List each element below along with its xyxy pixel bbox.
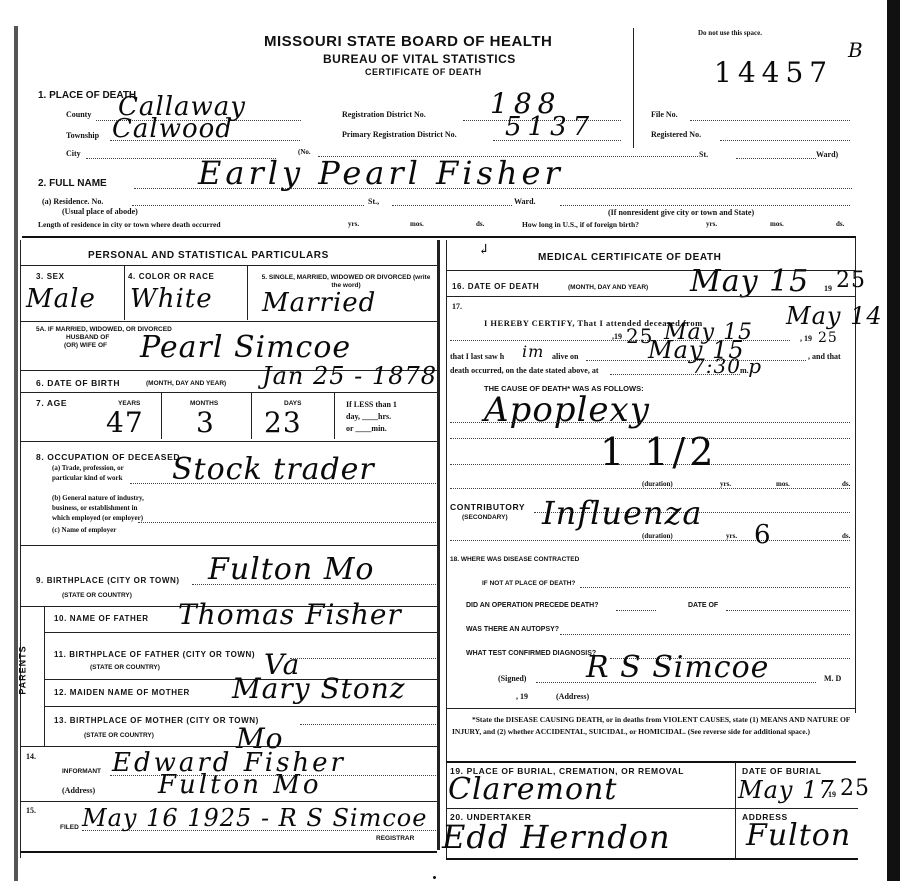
occ-b-label-1: (b) General nature of industry, xyxy=(52,494,144,502)
burial-year-prefix: 19 xyxy=(828,790,836,799)
cause-value[interactable]: Apoplexy xyxy=(484,390,650,430)
personal-section-title: PERSONAL AND STATISTICAL PARTICULARS xyxy=(88,250,329,261)
parents-label: PARENTS xyxy=(18,645,28,694)
occupation-value[interactable]: Stock trader xyxy=(172,452,375,487)
full-name-value[interactable]: Early Pearl Fisher xyxy=(198,154,564,192)
header-separator xyxy=(22,236,856,238)
duration-label-2: (duration) xyxy=(642,532,673,540)
signer-address-label: (Address) xyxy=(556,692,589,701)
occ-a-label-1: (a) Trade, profession, or xyxy=(52,464,124,472)
ward-line xyxy=(736,158,816,159)
line xyxy=(251,393,252,439)
dod-value[interactable]: May 15 xyxy=(690,264,809,299)
line xyxy=(20,851,437,853)
burial-place-value[interactable]: Claremont xyxy=(448,772,617,807)
signed-label: (Signed) xyxy=(498,674,526,683)
last-saw-label-2: alive on xyxy=(552,352,578,361)
residence-st: St., xyxy=(368,197,379,206)
mother-label: 12. MAIDEN NAME OF MOTHER xyxy=(54,688,190,697)
mother-bp-label: 13. BIRTHPLACE OF MOTHER (CITY OR TOWN) xyxy=(54,716,259,725)
burial-year[interactable]: 25 xyxy=(840,776,870,801)
race-value[interactable]: White xyxy=(130,284,213,314)
residence-st-line xyxy=(392,205,512,206)
dob-sub-label: (MONTH, DAY AND YEAR) xyxy=(146,380,226,387)
line xyxy=(616,610,656,611)
nonresident-note: (If nonresident give city or town and St… xyxy=(608,208,754,217)
burial-address-value[interactable]: Fulton xyxy=(746,818,851,853)
less-label-1: If LESS than 1 xyxy=(346,400,397,409)
time-suffix: m. xyxy=(740,366,749,375)
contributory-duration[interactable]: 6 xyxy=(754,520,772,550)
line xyxy=(290,658,436,659)
line xyxy=(580,587,850,588)
dod-sub-label: (MONTH, DAY AND YEAR) xyxy=(568,284,648,291)
medical-section-title: MEDICAL CERTIFICATE OF DEATH xyxy=(538,252,721,263)
age-years[interactable]: 47 xyxy=(106,406,144,439)
line xyxy=(138,522,436,523)
race-label: 4. COLOR OR RACE xyxy=(128,272,215,281)
age-label: 7. AGE xyxy=(36,398,67,408)
attended-from[interactable]: May 14 xyxy=(786,302,883,330)
test-label: WHAT TEST CONFIRMED DIAGNOSIS? xyxy=(466,650,596,657)
line xyxy=(44,606,45,746)
line xyxy=(450,488,850,489)
attended-to-year-prefix: , 19 xyxy=(800,334,812,343)
contracted-label: 18. WHERE WAS DISEASE CONTRACTED xyxy=(450,556,579,563)
dod-year[interactable]: 25 xyxy=(836,268,866,293)
secondary-label: (SECONDARY) xyxy=(462,514,508,521)
mother-value[interactable]: Mary Stonz xyxy=(232,672,406,705)
dot-mark xyxy=(433,876,436,879)
header-divider xyxy=(633,28,634,148)
autopsy-label: WAS THERE AN AUTOPSY? xyxy=(466,626,559,633)
father-value[interactable]: Thomas Fisher xyxy=(178,598,402,631)
township-value[interactable]: Calwood xyxy=(112,114,233,144)
mos-label: mos. xyxy=(410,220,424,228)
cert-num: 17. xyxy=(452,302,462,311)
township-label: Township xyxy=(66,131,99,140)
yrs-label-2: yrs. xyxy=(726,532,737,540)
date-of-label: DATE OF xyxy=(688,602,718,609)
right-border xyxy=(887,0,900,881)
residence-ward: Ward. xyxy=(514,197,536,206)
residence-line xyxy=(132,205,364,206)
yrs-label: yrs. xyxy=(348,220,359,228)
line xyxy=(161,393,162,439)
line xyxy=(20,801,437,802)
ds-label: ds. xyxy=(476,220,484,228)
registered-no-label: Registered No. xyxy=(651,130,701,139)
full-name-label: 2. FULL NAME xyxy=(38,178,107,189)
line xyxy=(446,708,856,709)
primary-reg-value[interactable]: 5137 xyxy=(505,112,595,142)
mos-label-1: mos. xyxy=(776,480,790,488)
death-occurred-label: death occurred, on the date stated above… xyxy=(450,366,599,375)
spouse-label-3: (OR) WIFE OF xyxy=(64,342,107,349)
father-bp-state-label: (STATE OR COUNTRY) xyxy=(90,664,160,671)
certificate-suffix: B xyxy=(848,38,864,62)
certificate-number: 14457 xyxy=(714,56,833,89)
birthplace-label: 9. BIRTHPLACE (CITY OR TOWN) xyxy=(36,576,180,585)
form-subtitle: BUREAU OF VITAL STATISTICS xyxy=(323,52,516,66)
contributory-label: CONTRIBUTORY xyxy=(450,502,525,512)
line xyxy=(334,393,335,439)
dob-label: 6. DATE OF BIRTH xyxy=(36,378,120,388)
line xyxy=(44,632,437,633)
mother-bp-state-label: (STATE OR COUNTRY) xyxy=(84,732,154,739)
st-label: St. xyxy=(699,150,708,159)
occ-a-label-2: particular kind of work xyxy=(52,474,122,482)
line xyxy=(726,610,850,611)
attended-from-year-prefix: ,19 xyxy=(612,332,622,341)
foreign-ds: ds. xyxy=(836,220,844,228)
line xyxy=(20,545,437,546)
burial-date-label: DATE OF BURIAL xyxy=(742,766,822,776)
line xyxy=(20,392,437,393)
spouse-label-2: HUSBAND OF xyxy=(66,334,109,341)
not-at-place-label: IF NOT AT PLACE OF DEATH? xyxy=(482,580,575,587)
less-label-3: or ____min. xyxy=(346,424,387,433)
line xyxy=(450,540,850,541)
initials-mark: ↲ xyxy=(478,242,491,258)
form-name: CERTIFICATE OF DEATH xyxy=(365,67,482,77)
line xyxy=(450,422,850,423)
burial-date-value[interactable]: May 17 xyxy=(738,776,835,804)
line xyxy=(735,762,736,858)
line xyxy=(20,441,437,442)
line xyxy=(446,858,858,860)
line xyxy=(300,724,436,725)
left-column-border xyxy=(20,240,21,858)
line xyxy=(20,321,437,322)
reg-district-label: Registration District No. xyxy=(342,110,426,119)
sex-label: 3. SEX xyxy=(36,272,65,281)
line xyxy=(20,265,437,266)
father-bp-label: 11. BIRTHPLACE OF FATHER (CITY OR TOWN) xyxy=(54,650,255,659)
occ-b-label-3: which employed (or employer) xyxy=(52,514,143,522)
ds-label-2: ds. xyxy=(842,532,850,540)
primary-reg-label: Primary Registration District No. xyxy=(342,130,457,139)
spouse-value[interactable]: Pearl Simcoe xyxy=(140,330,351,365)
column-divider xyxy=(437,240,440,850)
occ-b-label-2: business, or establishment in xyxy=(52,504,137,512)
md-label: M. D xyxy=(824,674,841,683)
father-label: 10. NAME OF FATHER xyxy=(54,614,149,623)
birthplace-state-label: (STATE OR COUNTRY) xyxy=(62,592,132,599)
city-label: City xyxy=(66,149,81,158)
last-saw-pronoun[interactable]: im xyxy=(522,342,544,361)
duration-primary[interactable]: 1 1/2 xyxy=(600,430,717,474)
line xyxy=(446,296,856,297)
sex-value[interactable]: Male xyxy=(26,284,96,314)
dod-label: 16. DATE OF DEATH xyxy=(452,282,539,291)
nonresident-line xyxy=(560,205,850,206)
duration-label-1: (duration) xyxy=(642,480,673,488)
registrar-label: REGISTRAR xyxy=(376,835,414,842)
filed-value[interactable]: May 16 1925 - R S Simcoe xyxy=(82,804,427,832)
informant-label: INFORMANT xyxy=(62,768,101,775)
contributory-value[interactable]: Influenza xyxy=(542,494,702,532)
time-of-death[interactable]: 7:30 p xyxy=(692,354,762,378)
marital-value[interactable]: Married xyxy=(262,288,376,318)
line xyxy=(20,746,437,747)
left-border xyxy=(14,26,18,881)
line xyxy=(446,808,858,809)
filed-num: 15. xyxy=(26,806,36,815)
file-no-label: File No. xyxy=(651,110,678,119)
occ-c-label: (c) Name of employer xyxy=(52,526,116,534)
residence-label: (a) Residence. No. xyxy=(42,197,103,206)
line xyxy=(44,706,437,707)
attended-to-year[interactable]: 25 xyxy=(818,330,838,346)
age-days[interactable]: 23 xyxy=(264,406,302,439)
informant-address-value[interactable]: Fulton Mo xyxy=(158,770,322,800)
and-that: , and that xyxy=(808,352,841,361)
dod-year-prefix: 19 xyxy=(824,284,832,293)
yrs-label-1: yrs. xyxy=(720,480,731,488)
last-saw-label: that I last saw h xyxy=(450,352,504,361)
line xyxy=(446,761,856,763)
registered-no-line xyxy=(720,140,850,141)
line xyxy=(560,634,850,635)
abode-note: (Usual place of abode) xyxy=(62,207,138,216)
length-residence-label: Length of residence in city or town wher… xyxy=(38,220,221,229)
foreign-mos: mos. xyxy=(770,220,784,228)
county-label: County xyxy=(66,110,91,119)
office-note: Do not use this space. xyxy=(698,29,762,37)
age-months[interactable]: 3 xyxy=(196,406,215,439)
informant-num: 14. xyxy=(26,752,36,761)
year-prefix: , 19 xyxy=(516,692,528,701)
less-label-2: day, ____hrs. xyxy=(346,412,391,421)
occupation-label: 8. OCCUPATION OF DECEASED xyxy=(36,452,180,462)
footnote: *State the DISEASE CAUSING DEATH, or in … xyxy=(452,714,852,738)
right-column-border xyxy=(446,240,447,858)
dob-value[interactable]: Jan 25 - 1878 xyxy=(262,362,437,390)
filed-label: FILED xyxy=(60,824,79,831)
signed-value[interactable]: R S Simcoe xyxy=(586,650,769,685)
line xyxy=(247,266,248,320)
foreign-yrs: yrs. xyxy=(706,220,717,228)
undertaker-value[interactable]: Edd Herndon xyxy=(442,818,671,856)
informant-address-label: (Address) xyxy=(62,786,95,795)
form-title: MISSOURI STATE BOARD OF HEALTH xyxy=(264,33,552,50)
foreign-birth-label: How long in U.S., if of foreign birth? xyxy=(522,220,639,229)
ward-label: Ward) xyxy=(816,150,838,159)
line xyxy=(124,266,125,320)
operation-label: DID AN OPERATION PRECEDE DEATH? xyxy=(466,602,599,609)
file-no-line xyxy=(690,120,850,121)
ds-label-1: ds. xyxy=(842,480,850,488)
birthplace-value[interactable]: Fulton Mo xyxy=(208,552,375,587)
